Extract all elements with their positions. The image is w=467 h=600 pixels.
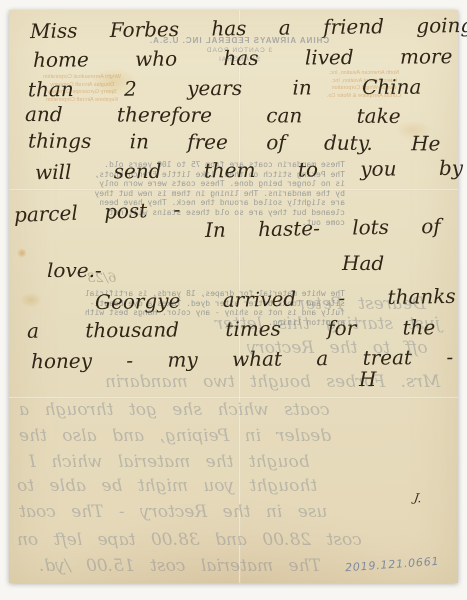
letter-line: things in free of duty. He: [28, 129, 441, 156]
bleedthrough-handwriting-line: The material cost 15.00 /yd.: [39, 556, 321, 576]
horizontal-fold-crease-lower: [9, 396, 458, 399]
scan-background: CHINA AIRWAYS FEDERAL INC. U.S.A. 3 CANT…: [0, 0, 467, 600]
catalog-number: 2019.121.0661: [345, 555, 440, 575]
letter-postscript-initial: H: [359, 367, 376, 391]
bleedthrough-handwriting-line: dealer in Peiping, and also the: [19, 426, 331, 446]
letter-line: than 2 years in China: [28, 75, 422, 102]
bleedthrough-handwriting-line: coats which she got through a: [19, 400, 330, 420]
margin-ink-mark: J.: [413, 491, 423, 506]
bleedthrough-handwriting-line: bought the material which I: [29, 452, 310, 472]
letter-postscript-line: a thousand times for the: [27, 315, 436, 343]
bleedthrough-handwriting-line: thought you might be able to: [17, 476, 317, 496]
letter-line: and therefore can take: [25, 102, 401, 128]
letter-line: Miss Forbes has a friend going: [30, 13, 467, 43]
typed-line: by the mandarins. The lining in them is …: [25, 189, 345, 199]
bleedthrough-handwriting-line: cost 28.00 and 38.00 tape left on: [17, 530, 362, 550]
letter-line: In haste- lots of: [205, 214, 441, 242]
letter-signature: Had: [342, 251, 384, 275]
bleedthrough-handwriting-line: Mrs. Forbes bought two mandarin: [105, 372, 440, 392]
letter-line: will send them to you by: [35, 156, 463, 184]
letter-postscript-line: honey - my what a treat -: [31, 345, 453, 373]
letter-page: CHINA AIRWAYS FEDERAL INC. U.S.A. 3 CANT…: [9, 10, 458, 583]
letter-line: home who has lived more: [33, 44, 453, 72]
letter-closing: love.-: [47, 258, 102, 282]
bleedthrough-handwriting-line: use in the Rectory - The coat: [19, 502, 327, 522]
